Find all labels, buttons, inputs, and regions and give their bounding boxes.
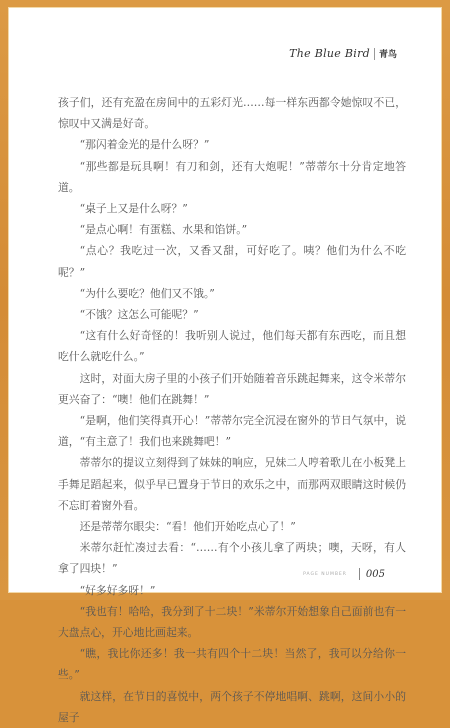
paragraph: “那闪着金光的是什么呀？” [58, 134, 406, 155]
paragraph: “这有什么好奇怪的！我听别人说过，他们每天都有东西吃，而且想吃什么就吃什么。” [58, 325, 406, 367]
book-title-english: The Blue Bird [289, 47, 370, 60]
page-footer: PAGE NUMBER 005 [303, 568, 385, 580]
page-number: 005 [366, 569, 385, 580]
book-page: The Blue Bird 青鸟 孩子们，还有充盈在房间中的五彩灯光……每一样东… [8, 7, 442, 593]
paragraph: “为什么要吃？他们又不饿。” [58, 283, 406, 304]
paragraph: “好多好多呀！” [58, 580, 406, 600]
page-number-label: PAGE NUMBER [303, 572, 347, 577]
paragraph: 这时，对面大房子里的小孩子们开始随着音乐跳起舞来，这令米蒂尔更兴奋了：“噢！他们… [58, 368, 406, 410]
paragraph: “是啊，他们笑得真开心！”蒂蒂尔完全沉浸在窗外的节日气氛中，说道，“有主意了！我… [58, 410, 406, 452]
book-title-chinese: 青鸟 [379, 47, 397, 60]
paragraph: 还是蒂蒂尔眼尖：“看！他们开始吃点心了！” [58, 516, 406, 537]
paragraph: “是点心啊！有蛋糕、水果和馅饼。” [58, 219, 406, 240]
paragraph: “不饿？这怎么可能呢？” [58, 304, 406, 325]
paragraph: 孩子们，还有充盈在房间中的五彩灯光……每一样东西都令她惊叹不已，惊叹中又满是好奇… [58, 92, 406, 134]
paragraph: “桌子上又是什么呀？” [58, 198, 406, 219]
paragraph: “点心？我吃过一次，又香又甜，可好吃了。咦？他们为什么不吃呢？” [58, 240, 406, 282]
page-body: 孩子们，还有充盈在房间中的五彩灯光……每一样东西都令她惊叹不已，惊叹中又满是好奇… [58, 92, 406, 600]
footer-divider [359, 568, 360, 580]
paragraph: “那些都是玩具啊！有刀和剑，还有大炮呢！”蒂蒂尔十分肯定地答道。 [58, 156, 406, 198]
running-header: The Blue Bird 青鸟 [289, 47, 397, 60]
header-divider [374, 48, 375, 60]
paragraph: 蒂蒂尔的提议立刻得到了妹妹的响应，兄妹二人哼着歌儿在小板凳上手舞足蹈起来，似乎早… [58, 452, 406, 516]
